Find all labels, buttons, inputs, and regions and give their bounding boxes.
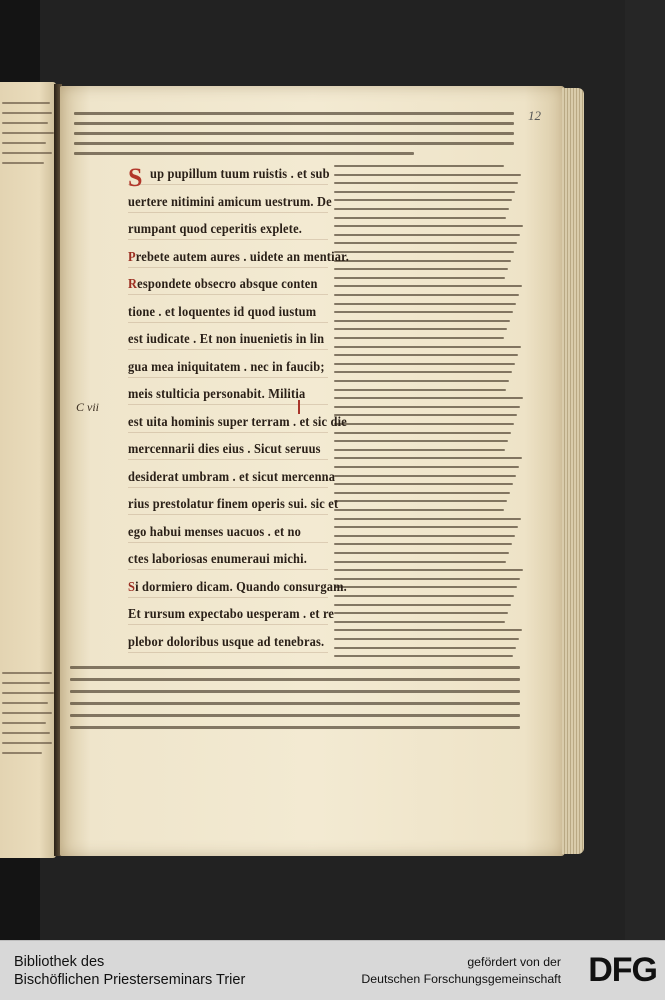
facing-page-left [0, 82, 56, 858]
funder-text: gefördert von der Deutschen Forschungsge… [361, 954, 561, 988]
main-text-line: ego habui menses uacuos . et no [128, 524, 301, 540]
main-text-line: up pupillum tuum ruistis . et sub [150, 166, 330, 182]
background-right [625, 0, 665, 940]
main-text-line: Si dormiero dicam. Quando consurgam. [128, 579, 347, 595]
main-text-line: est iudicate . Et non inuenietis in lin [128, 331, 324, 347]
footer-banner: Bibliothek des Bischöflichen Priestersem… [0, 940, 665, 1000]
institution-name: Bibliothek des Bischöflichen Priestersem… [14, 953, 245, 989]
main-text-line: ctes laboriosas enumeraui michi. [128, 551, 307, 567]
rubric-mark [298, 400, 300, 414]
main-text-line: Respondete obsecro absque conten [128, 276, 318, 292]
main-text-line: tione . et loquentes id quod iustum [128, 304, 316, 320]
main-text-line: rius prestolatur finem operis sui. sic e… [128, 496, 338, 512]
main-text-line: rumpant quod ceperitis explete. [128, 221, 302, 237]
main-text-line: Et rursum expectabo uesperam . et re [128, 606, 334, 622]
red-initial-s: S [128, 163, 142, 193]
main-text-line: plebor doloribus usque ad tenebras. [128, 634, 324, 650]
dfg-logo: DFG [588, 952, 657, 988]
main-text-line: desiderat umbram . et sicut mercenna [128, 469, 335, 485]
page-edges [562, 88, 584, 854]
main-text-line: gua mea iniquitatem . nec in faucib; [128, 359, 325, 375]
main-text-line: meis stulticia personabit. Militia [128, 386, 305, 402]
main-text-line: est uita hominis super terram . et sic d… [128, 414, 347, 430]
main-text-line: mercennarii dies eius . Sicut seruus [128, 441, 321, 457]
marginal-chapter-note: C vii [76, 400, 99, 415]
folio-number: 12 [528, 108, 541, 124]
main-text-line: Prebete autem aures . uidete an mentiar. [128, 249, 349, 265]
main-text-line: uertere nitimini amicum uestrum. De [128, 194, 332, 210]
